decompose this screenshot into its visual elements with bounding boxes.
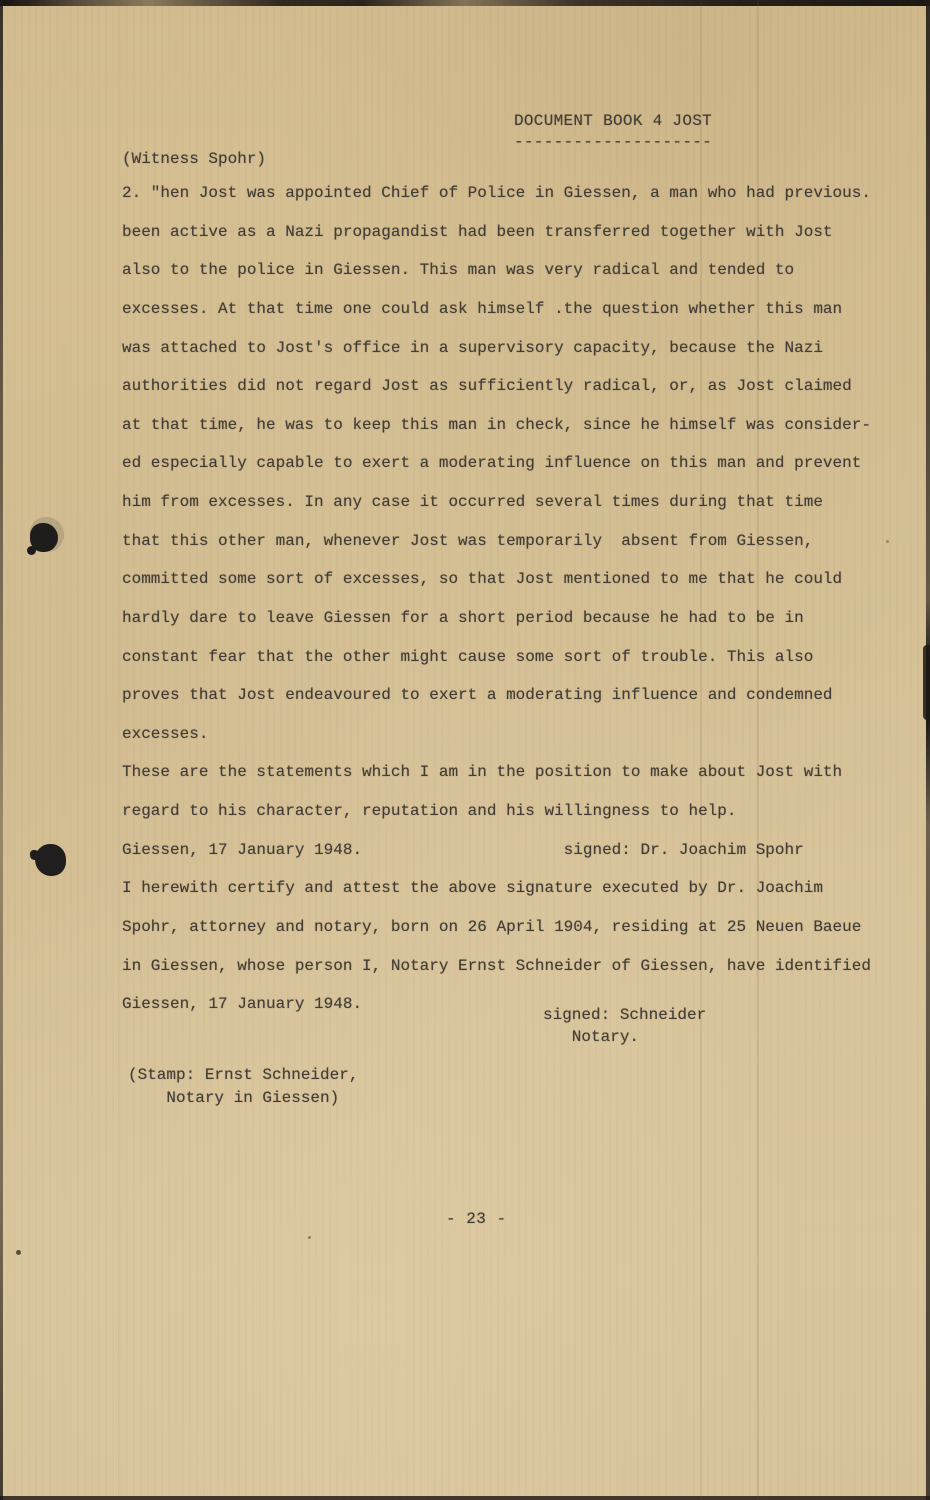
text-line: I herewith certify and attest the above …: [122, 869, 871, 908]
scan-edge-blemish: [923, 645, 930, 720]
text-line: been active as a Nazi propagandist had b…: [122, 213, 871, 252]
document-title: DOCUMENT BOOK 4 JOST: [514, 112, 712, 130]
paper-speck: [308, 1236, 311, 1239]
paper-speck: [16, 1250, 21, 1255]
punch-hole: [35, 844, 66, 876]
text-line: (Stamp: Ernst Schneider,: [128, 1064, 358, 1087]
notary-stamp-block: (Stamp: Ernst Schneider, Notary in Giess…: [128, 1064, 358, 1109]
text-line: in Giessen, whose person I, Notary Ernst…: [122, 947, 871, 986]
text-line: These are the statements which I am in t…: [122, 753, 871, 792]
text-line: Giessen, 17 January 1948.: [122, 985, 871, 1024]
scan-edge-top: [0, 0, 930, 6]
document-title-underline: --------------------: [514, 133, 712, 151]
text-line: regard to his character, reputation and …: [122, 792, 871, 831]
text-line: excesses.: [122, 715, 871, 754]
text-line: Spohr, attorney and notary, born on 26 A…: [122, 908, 871, 947]
scan-edge-left: [0, 0, 3, 1500]
text-line: committed some sort of excesses, so that…: [122, 560, 871, 599]
text-line: 2. "hen Jost was appointed Chief of Poli…: [122, 174, 871, 213]
text-line: was attached to Jost's office in a super…: [122, 329, 871, 368]
scan-edge-right: [926, 0, 930, 1500]
scan-edge-bottom: [0, 1496, 930, 1500]
text-line: signed: Schneider: [543, 1005, 706, 1027]
scanned-document-page: DOCUMENT BOOK 4 JOST -------------------…: [0, 0, 930, 1500]
page-number: - 23 -: [446, 1210, 507, 1228]
text-line: Giessen, 17 January 1948. signed: Dr. Jo…: [122, 831, 871, 870]
notary-signature-block: signed: Schneider Notary.: [543, 1005, 706, 1048]
affidavit-body: 2. "hen Jost was appointed Chief of Poli…: [122, 174, 871, 1024]
text-line: excesses. At that time one could ask him…: [122, 290, 871, 329]
witness-label: (Witness Spohr): [122, 150, 266, 168]
text-line: proves that Jost endeavoured to exert a …: [122, 676, 871, 715]
paper-speck: [886, 540, 889, 543]
text-line: hardly dare to leave Giessen for a short…: [122, 599, 871, 638]
text-line: also to the police in Giessen. This man …: [122, 251, 871, 290]
text-line: Notary.: [543, 1027, 706, 1049]
text-line: ed especially capable to exert a moderat…: [122, 444, 871, 483]
text-line: him from excesses. In any case it occurr…: [122, 483, 871, 522]
text-line: authorities did not regard Jost as suffi…: [122, 367, 871, 406]
text-line: that this other man, whenever Jost was t…: [122, 522, 871, 561]
text-line: Notary in Giessen): [128, 1087, 358, 1110]
text-line: at that time, he was to keep this man in…: [122, 406, 871, 445]
punch-hole: [30, 523, 58, 552]
fold-line: [118, 0, 119, 1500]
text-line: constant fear that the other might cause…: [122, 638, 871, 677]
